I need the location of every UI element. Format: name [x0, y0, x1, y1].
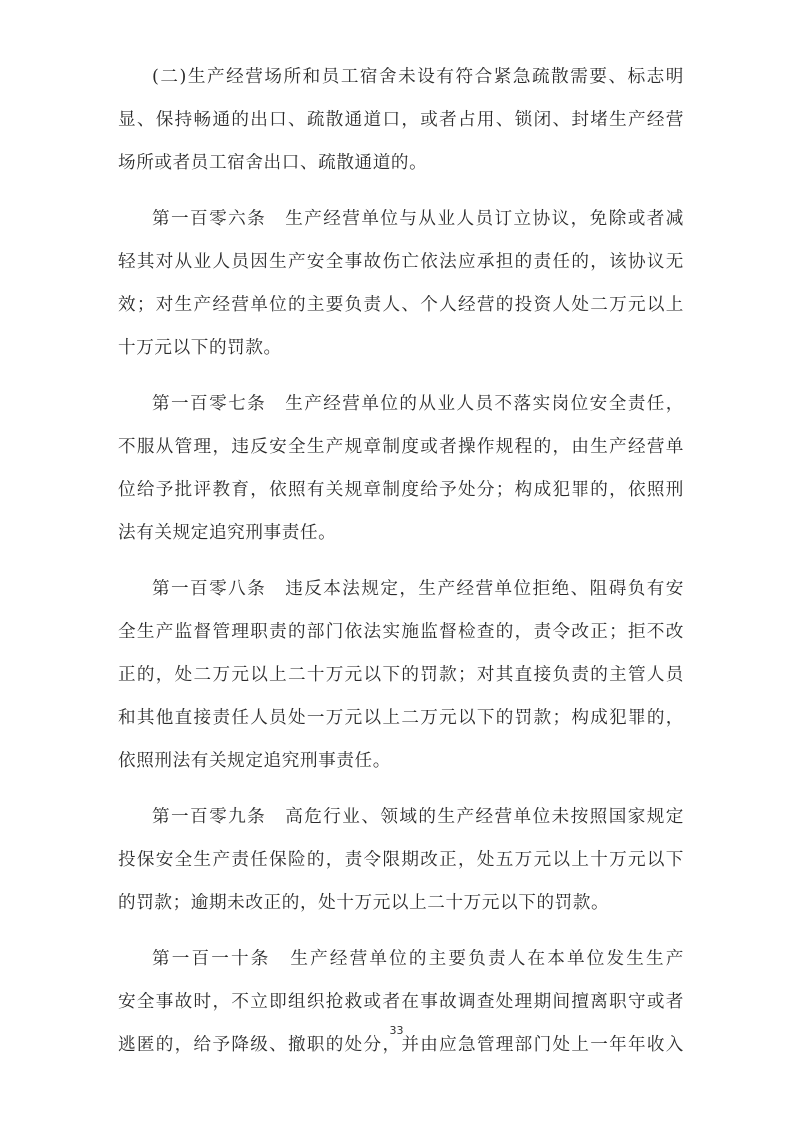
text-line: 位给予批评教育，依照有关规章制度给予处分；构成犯罪的，依照刑 — [118, 477, 684, 503]
text-line: 全生产监督管理职责的部门依法实施监督检查的，责令改正；拒不改 — [118, 619, 684, 645]
text-line: 的罚款；逾期未改正的，处十万元以上二十万元以下的罚款。 — [118, 890, 609, 916]
text-line: 不服从管理，违反安全生产规章制度或者操作规程的，由生产经营单 — [118, 434, 684, 460]
text-line: 安全事故时，不立即组织抢救或者在事故调查处理期间擅离职守或者 — [118, 989, 684, 1015]
article-heading-line: 第一百零七条 生产经营单位的从业人员不落实岗位安全责任， — [152, 391, 684, 417]
article-heading-line: 第一百零九条 高危行业、领域的生产经营单位未按照国家规定 — [152, 804, 684, 830]
text-line: 法有关规定追究刑事责任。 — [118, 520, 336, 546]
text-line: 正的，处二万元以上二十万元以下的罚款；对其直接负责的主管人员 — [118, 662, 684, 688]
text-line: 场所或者员工宿舍出口、疏散通道的。 — [118, 150, 427, 176]
text-line: 十万元以下的罚款。 — [118, 335, 282, 361]
page-number: 33 — [0, 1024, 793, 1037]
text-line: 效；对生产经营单位的主要负责人、个人经营的投资人处二万元以上 — [118, 292, 684, 318]
text-line: 依照刑法有关规定追究刑事责任。 — [118, 748, 391, 774]
article-heading-line: 第一百一十条 生产经营单位的主要负责人在本单位发生生产 — [152, 946, 684, 972]
text-line: (二)生产经营场所和员工宿舍未设有符合紧急疏散需要、标志明 — [152, 64, 684, 90]
text-line: 轻其对从业人员因生产安全事故伤亡依法应承担的责任的，该协议无 — [118, 249, 684, 275]
article-heading-line: 第一百零八条 违反本法规定，生产经营单位拒绝、阻碍负有安 — [152, 576, 684, 602]
text-line: 和其他直接责任人员处一万元以上二万元以下的罚款；构成犯罪的， — [118, 705, 684, 731]
article-heading-line: 第一百零六条 生产经营单位与从业人员订立协议，免除或者减 — [152, 206, 684, 232]
text-line: 投保安全生产责任保险的，责令限期改正，处五万元以上十万元以下 — [118, 847, 684, 873]
text-line: 显、保持畅通的出口、疏散通道口，或者占用、锁闭、封堵生产经营 — [118, 107, 684, 133]
